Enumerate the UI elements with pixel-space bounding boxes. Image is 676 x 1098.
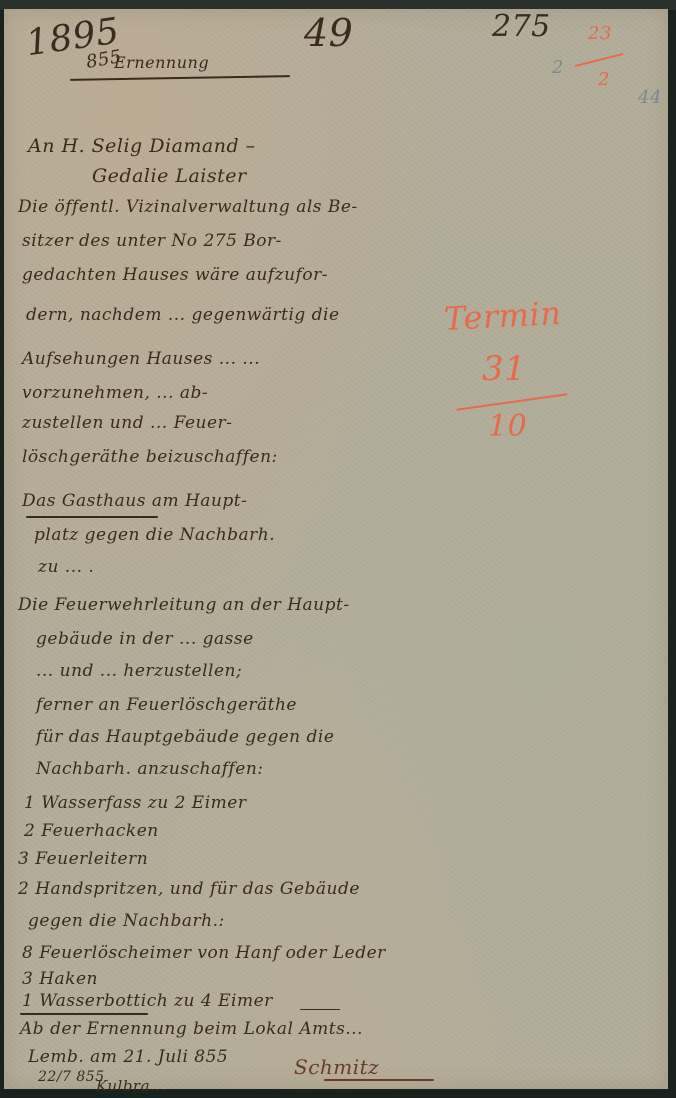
item-2-continued: Nachbarh. anzuschaffen: bbox=[36, 761, 264, 778]
body-line: zustellen und ... Feuer- bbox=[22, 415, 232, 432]
red-numerator-top: 23 bbox=[588, 23, 612, 44]
equipment-item: 2 Handspritzen, und für das Gebäude bbox=[18, 881, 360, 898]
footer-clerk: Kulbra... bbox=[96, 1077, 166, 1095]
body-line: löschgeräthe beizuschaffen: bbox=[22, 449, 278, 466]
item-1-underline bbox=[26, 516, 158, 518]
red-fraction-bar-top bbox=[575, 53, 624, 67]
equipment-underline bbox=[20, 1013, 148, 1015]
equipment-item: 3 Feuerleitern bbox=[18, 851, 148, 868]
address-line-1: An H. Selig Diamand – bbox=[28, 137, 256, 156]
item-1-continued: platz gegen die Nachbarh. bbox=[34, 527, 275, 544]
footer-date-note: 22/7 855 bbox=[38, 1069, 105, 1085]
signature-underline bbox=[324, 1079, 434, 1081]
closing-line-1: Ab der Ernennung beim Lokal Amts... bbox=[20, 1021, 363, 1038]
item-1-line: Das Gasthaus am Haupt- bbox=[22, 493, 247, 510]
folio-number: 49 bbox=[304, 11, 353, 55]
item-2-line: Die Feuerwehrleitung an der Haupt- bbox=[18, 597, 350, 614]
item-2-continued: für das Hauptgebäude gegen die bbox=[36, 729, 334, 746]
equipment-dash bbox=[300, 1009, 340, 1010]
document-page: 1895 855 Ernennung 49 275 23 2 2 44 Term… bbox=[4, 9, 668, 1089]
item-2-continued: ... und ... herzustellen; bbox=[36, 663, 242, 680]
signature: Schmitz bbox=[294, 1055, 379, 1079]
subject-word: Ernennung bbox=[114, 53, 209, 72]
item-2-continued: gebäude in der ... gasse bbox=[36, 631, 254, 648]
body-line: Die öffentl. Vizinalverwaltung als Be- bbox=[18, 199, 358, 216]
item-1-continued: zu ... . bbox=[38, 559, 94, 576]
red-annotation-numerator: 31 bbox=[482, 349, 526, 389]
body-line: gedachten Hauses wäre aufzufor- bbox=[22, 267, 328, 284]
pencil-note-corner: 44 bbox=[638, 87, 662, 108]
item-number: 275 bbox=[492, 9, 551, 44]
body-line: Aufsehungen Hauses ... ... bbox=[22, 351, 260, 368]
equipment-item: 2 Feuerhacken bbox=[24, 823, 159, 840]
item-2-continued: ferner an Feuerlöschgeräthe bbox=[36, 697, 297, 714]
pencil-note-top: 2 bbox=[552, 57, 564, 78]
body-line: vorzunehmen, ... ab- bbox=[22, 385, 208, 402]
red-denominator-top: 2 bbox=[598, 69, 610, 90]
red-annotation-denominator: 10 bbox=[488, 409, 527, 444]
address-line-2: Gedalie Laister bbox=[92, 167, 247, 186]
equipment-item: gegen die Nachbarh.: bbox=[28, 913, 225, 930]
body-line: dern, nachdem ... gegenwärtig die bbox=[26, 307, 340, 324]
equipment-item: 1 Wasserfass zu 2 Eimer bbox=[24, 795, 246, 812]
red-annotation-word: Termin bbox=[443, 294, 562, 338]
equipment-item: 8 Feuerlöscheimer von Hanf oder Leder bbox=[22, 945, 386, 962]
equipment-item: 3 Haken bbox=[22, 971, 98, 988]
equipment-item: 1 Wasserbottich zu 4 Eimer bbox=[22, 993, 273, 1010]
closing-line-2: Lemb. am 21. Juli 855 bbox=[28, 1049, 228, 1066]
body-line: sitzer des unter No 275 Bor- bbox=[22, 233, 282, 250]
subject-underline bbox=[70, 75, 290, 81]
